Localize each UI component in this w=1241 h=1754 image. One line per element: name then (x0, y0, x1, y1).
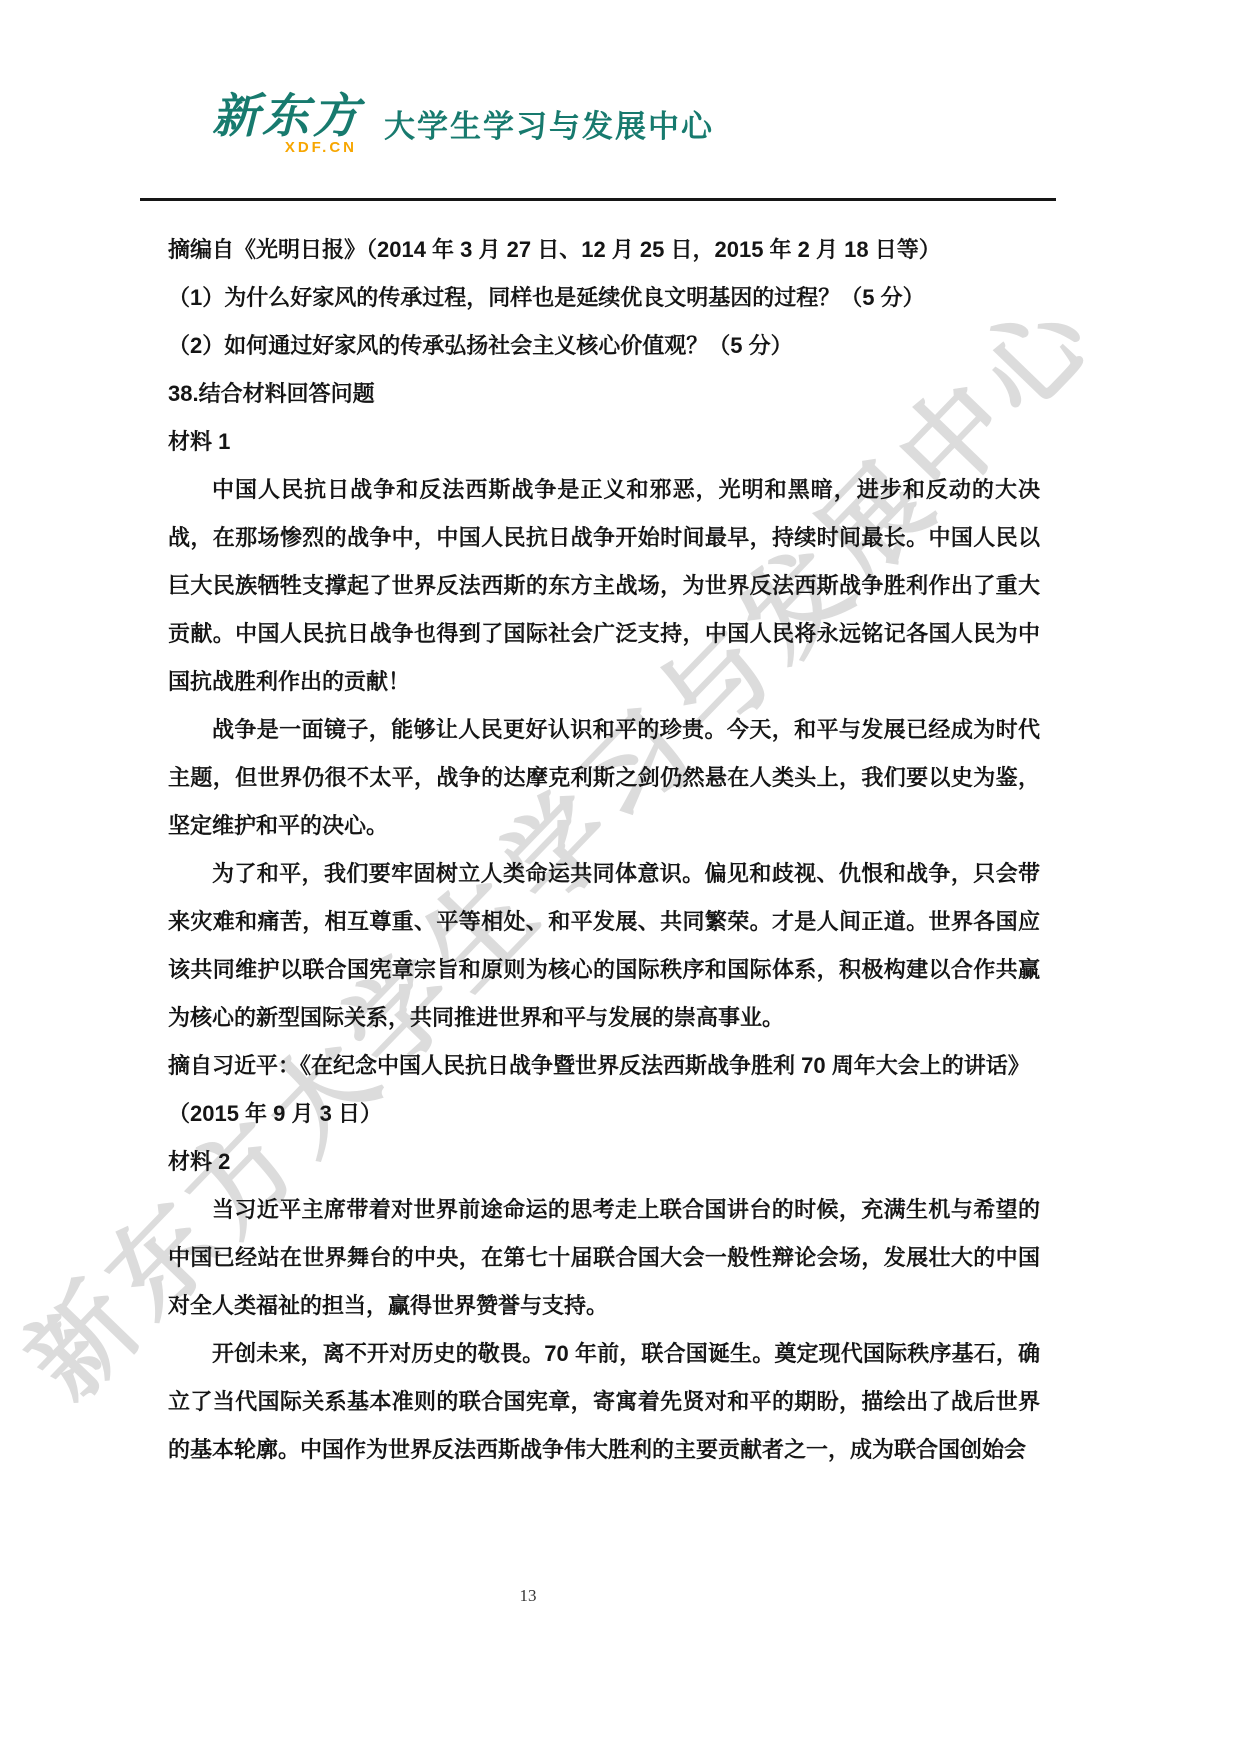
page-number: 13 (0, 1586, 1056, 1606)
citation-line-1: 摘自习近平：《在纪念中国人民抗日战争暨世界反法西斯战争胜利 70 周年大会上的讲… (168, 1042, 1040, 1090)
citation-line-2: （2015 年 9 月 3 日） (168, 1090, 1040, 1138)
paragraph: 中国人民抗日战争和反法西斯战争是正义和邪恶，光明和黑暗，进步和反动的大决战，在那… (168, 466, 1040, 706)
question-2: （2）如何通过好家风的传承弘扬社会主义核心价值观？（5 分） (168, 322, 1040, 370)
paragraph: 为了和平，我们要牢固树立人类命运共同体意识。偏见和歧视、仇恨和战争，只会带来灾难… (168, 850, 1040, 1042)
material-2-label: 材料 2 (168, 1138, 1040, 1186)
document-body: 摘编自《光明日报》（2014 年 3 月 27 日、12 月 25 日，2015… (168, 226, 1040, 1474)
material-1-paragraphs: 中国人民抗日战争和反法西斯战争是正义和邪恶，光明和黑暗，进步和反动的大决战，在那… (168, 466, 1040, 1042)
source-line: 摘编自《光明日报》（2014 年 3 月 27 日、12 月 25 日，2015… (168, 226, 1040, 274)
document-page: 新东方大学生学习与发展中心 新东方 XDF.CN 大学生学习与发展中心 摘编自《… (0, 0, 1241, 1754)
logo-domain-text: XDF.CN (285, 140, 357, 155)
material-2-paragraphs: 当习近平主席带着对世界前途命运的思考走上联合国讲台的时候，充满生机与希望的中国已… (168, 1186, 1040, 1474)
header-logo: 新东方 XDF.CN 大学生学习与发展中心 (212, 92, 714, 155)
logo-brand-text: 新东方 (212, 92, 362, 139)
logo-title-text: 大学生学习与发展中心 (384, 101, 714, 146)
question-1: （1）为什么好家风的传承过程，同样也是延续优良文明基因的过程？（5 分） (168, 274, 1040, 322)
paragraph: 开创未来，离不开对历史的敬畏。70 年前，联合国诞生。奠定现代国际秩序基石，确立… (168, 1330, 1040, 1474)
xdf-logo: 新东方 XDF.CN (212, 92, 362, 155)
paragraph: 当习近平主席带着对世界前途命运的思考走上联合国讲台的时候，充满生机与希望的中国已… (168, 1186, 1040, 1330)
material-1-label: 材料 1 (168, 418, 1040, 466)
header-divider-line (140, 198, 1056, 201)
section-heading: 38.结合材料回答问题 (168, 370, 1040, 418)
paragraph: 战争是一面镜子，能够让人民更好认识和平的珍贵。今天，和平与发展已经成为时代主题，… (168, 706, 1040, 850)
